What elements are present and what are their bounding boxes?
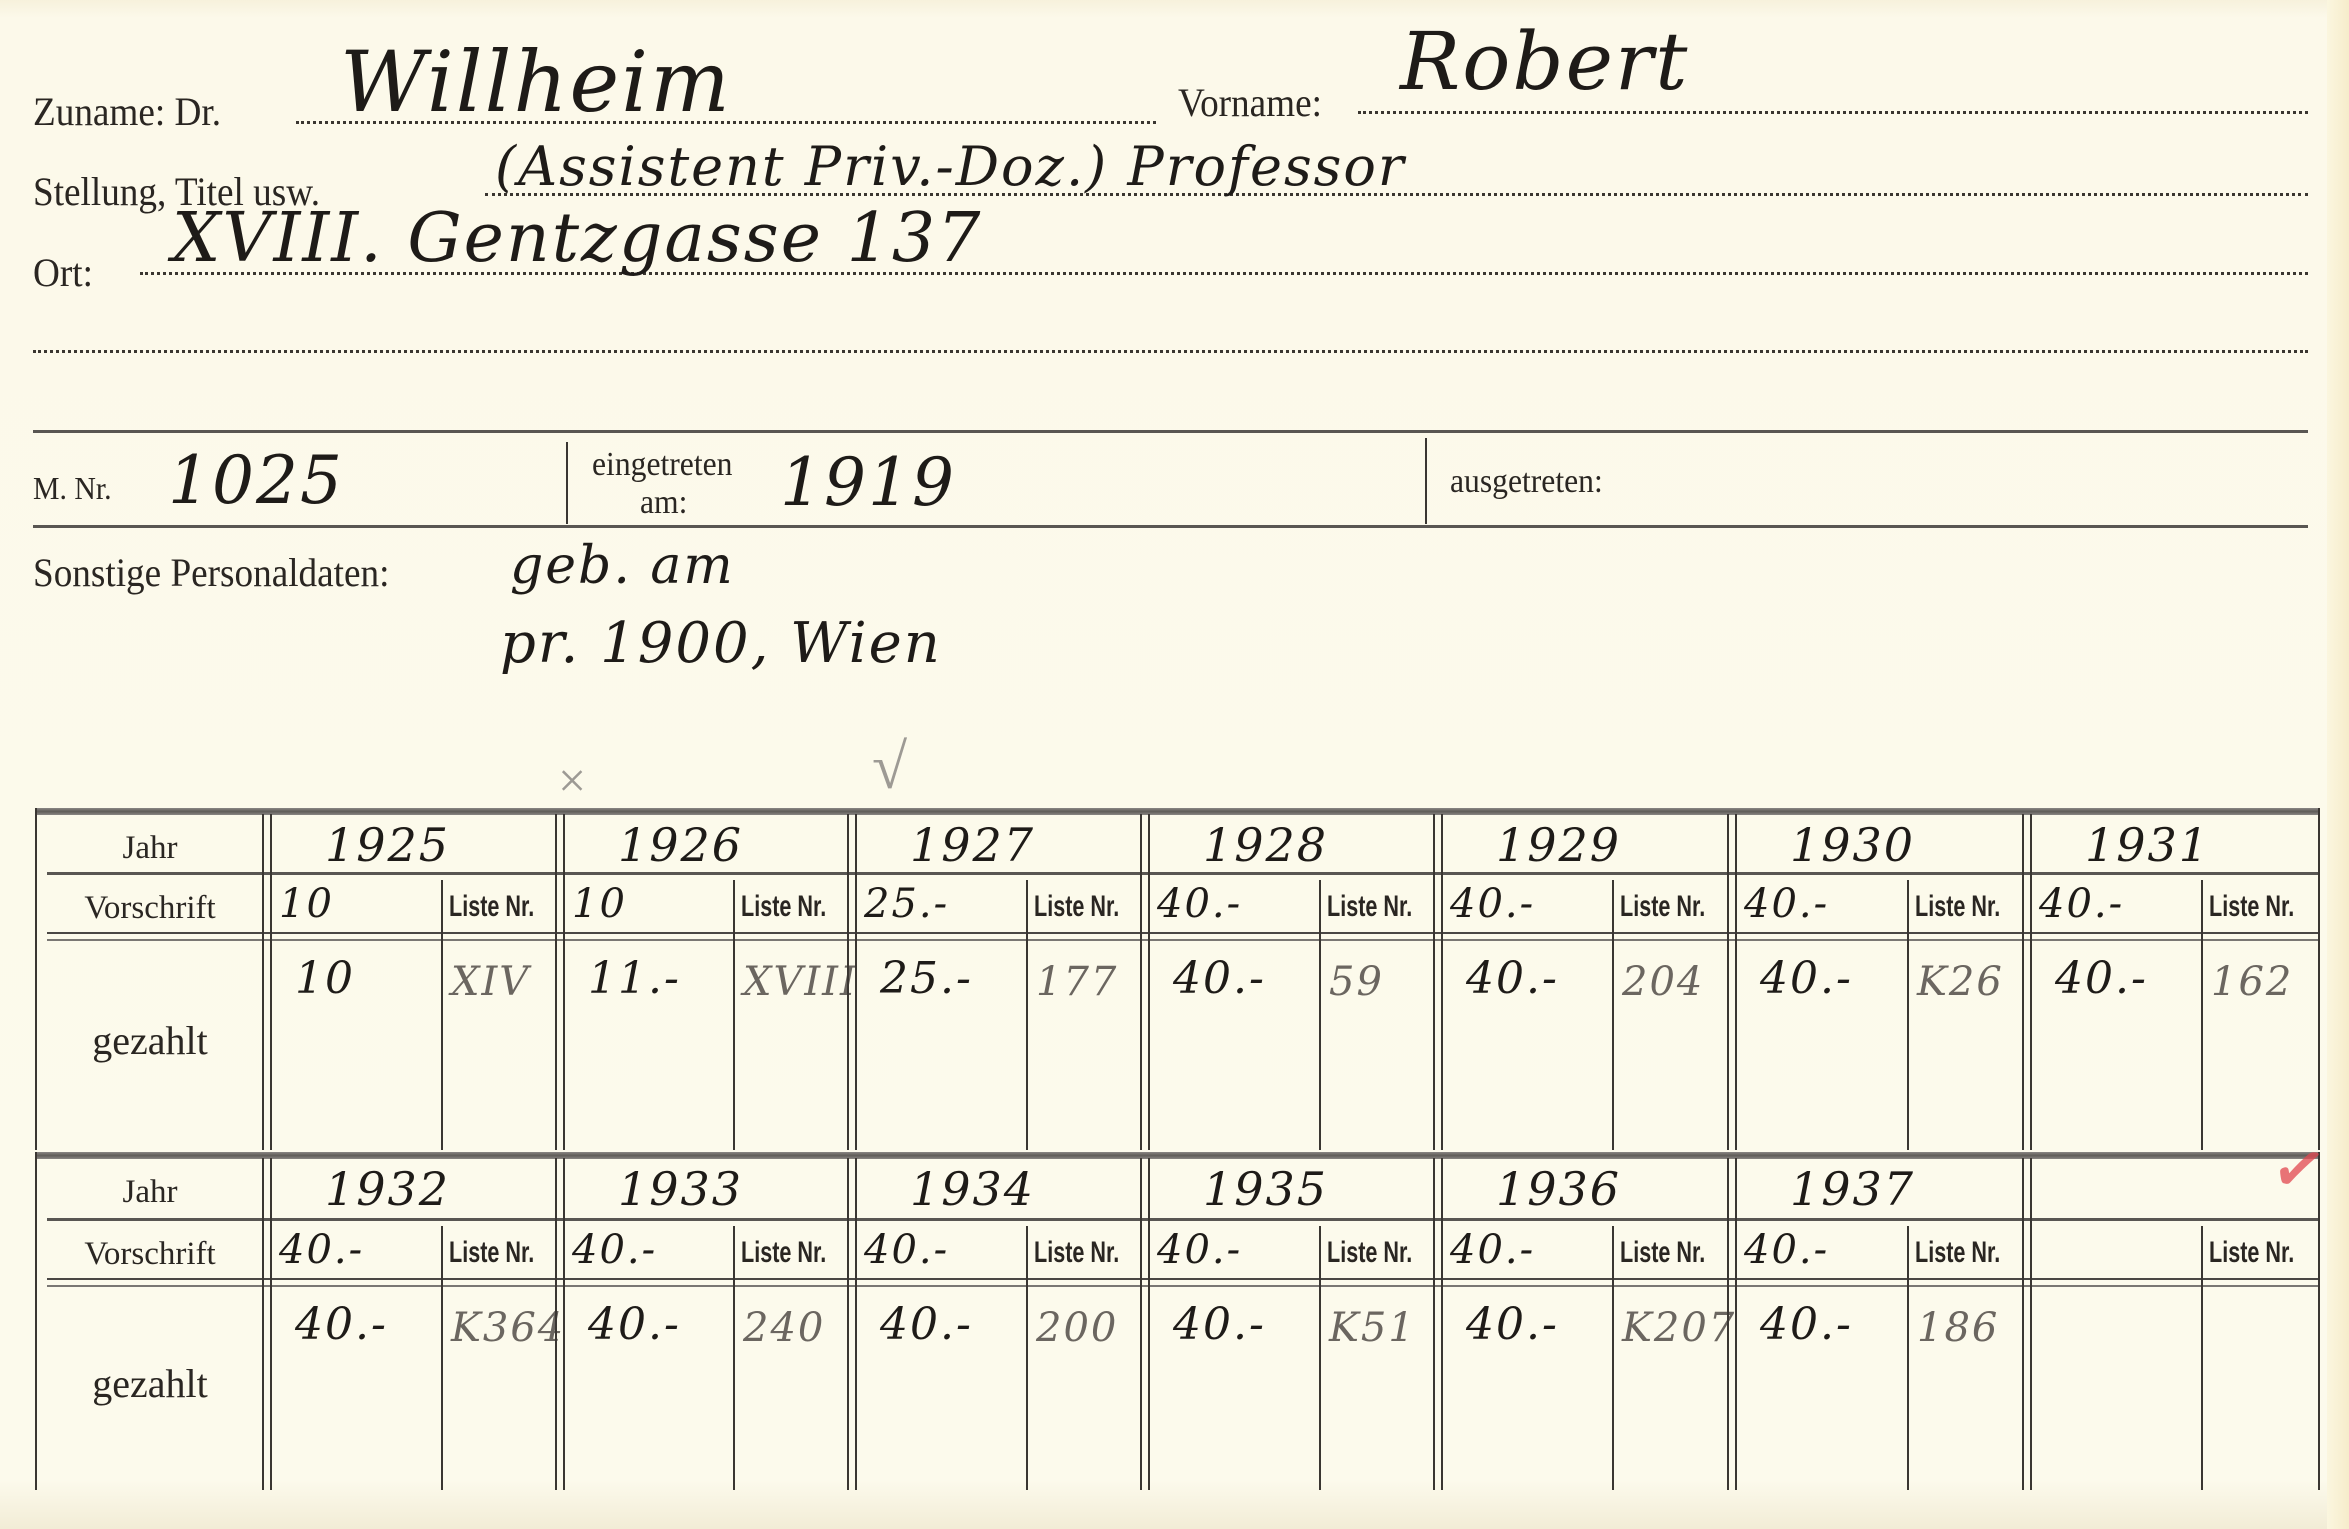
year-value: 1925 (325, 822, 450, 868)
required-value: 25.- (864, 884, 949, 924)
place-label: Ort: (33, 253, 93, 293)
joined-value: 1919 (780, 450, 956, 516)
row-label-required: Vorschrift (35, 892, 265, 925)
list-divider (733, 880, 735, 1150)
year-value: 1937 (1790, 1166, 1915, 1212)
paid-value: 10 (295, 957, 355, 1001)
list-no-label: Liste Nr. (1915, 1238, 2000, 1268)
column-divider (2022, 1158, 2032, 1490)
list-no-label: Liste Nr. (1620, 892, 1705, 922)
list-no-value: 240 (743, 1308, 825, 1348)
year-value: 1935 (1203, 1166, 1328, 1212)
list-divider (1612, 1226, 1614, 1490)
year-value: 1927 (910, 822, 1035, 868)
list-divider (1612, 880, 1614, 1150)
pencil-check-mark: √ (872, 735, 907, 799)
other-data-label: Sonstige Personaldaten: (33, 553, 389, 593)
year-value: 1926 (618, 822, 743, 868)
table-rule (47, 1218, 2318, 1221)
list-divider (1907, 880, 1909, 1150)
required-value: 10 (279, 884, 334, 924)
list-no-label: Liste Nr. (741, 892, 826, 922)
required-value: 40.- (1744, 1230, 1829, 1270)
list-no-value: K207 (1622, 1308, 1736, 1348)
paid-value: 11.- (588, 957, 681, 1001)
column-divider (1727, 1158, 1737, 1490)
list-divider (733, 1226, 735, 1490)
list-no-label: Liste Nr. (449, 1238, 534, 1268)
table-rule (47, 872, 2318, 875)
required-value: 40.- (864, 1230, 949, 1270)
year-value: 1932 (325, 1166, 450, 1212)
list-no-value: XVIII (743, 962, 858, 1002)
box-divider (566, 442, 568, 524)
table-double-rule (47, 1278, 2318, 1287)
paid-value: 40.- (1173, 1303, 1266, 1347)
row-label-paid: gezahlt (35, 1021, 265, 1061)
list-no-label: Liste Nr. (1034, 892, 1119, 922)
table-double-rule (47, 932, 2318, 941)
list-no-label: Liste Nr. (2209, 1238, 2294, 1268)
left-label: ausgetreten: (1450, 465, 1603, 499)
list-no-value: 177 (1036, 962, 1118, 1002)
row-label-year: Jahr (35, 1176, 265, 1209)
position-value: (Assistent Priv.-Doz.) Professor (495, 140, 1406, 194)
list-divider (1907, 1226, 1909, 1490)
row-label-paid: gezahlt (35, 1364, 265, 1404)
column-divider (1433, 814, 1443, 1150)
list-divider (1026, 1226, 1028, 1490)
column-divider (1140, 814, 1150, 1150)
row-label-year: Jahr (35, 832, 265, 865)
first-name-value: Robert (1400, 22, 1689, 102)
required-value: 40.- (1744, 884, 1829, 924)
required-value: 40.- (1450, 884, 1535, 924)
list-divider (1026, 880, 1028, 1150)
list-no-label: Liste Nr. (1620, 1238, 1705, 1268)
pencil-x-mark: × (558, 755, 586, 805)
column-divider (262, 1158, 272, 1490)
paid-value: 40.- (1760, 957, 1853, 1001)
paid-value: 40.- (1760, 1303, 1853, 1347)
list-divider (1319, 1226, 1321, 1490)
list-divider (1319, 880, 1321, 1150)
list-no-label: Liste Nr. (449, 892, 534, 922)
list-no-value: XIV (451, 962, 530, 1002)
column-divider (555, 814, 565, 1150)
other-data-line1: geb. am (510, 540, 735, 592)
paid-value: 40.- (295, 1303, 388, 1347)
paid-value: 40.- (1466, 957, 1559, 1001)
paid-value: 25.- (880, 957, 973, 1001)
list-divider (2201, 1226, 2203, 1490)
required-value: 40.- (1450, 1230, 1535, 1270)
box-top-rule (33, 430, 2308, 433)
paid-value: 40.- (1173, 957, 1266, 1001)
red-check-icon: ✓ (2267, 1134, 2331, 1206)
list-no-value: 200 (1036, 1308, 1118, 1348)
required-value: 40.- (279, 1230, 364, 1270)
list-no-value: 162 (2211, 962, 2293, 1002)
other-data-line2: pr. 1900, Wien (500, 616, 942, 672)
paid-value: 40.- (880, 1303, 973, 1347)
column-divider (1140, 1158, 1150, 1490)
list-no-value: 204 (1622, 962, 1704, 1002)
joined-label-2: am: (640, 486, 687, 520)
paid-value: 40.- (588, 1303, 681, 1347)
list-divider (441, 880, 443, 1150)
column-divider (847, 814, 857, 1150)
year-value: 1934 (910, 1166, 1035, 1212)
list-no-value: K364 (451, 1308, 565, 1348)
member-no-value: 1025 (168, 448, 344, 514)
year-value: 1936 (1496, 1166, 1621, 1212)
first-name-line (1358, 111, 2308, 114)
row-label-required: Vorschrift (35, 1238, 265, 1271)
first-name-label: Vorname: (1178, 83, 1322, 123)
column-divider (262, 814, 272, 1150)
member-no-label: M. Nr. (33, 472, 112, 504)
place-value: XVIII. Gentzgasse 137 (172, 205, 982, 273)
list-divider (441, 1226, 443, 1490)
year-value: 1931 (2085, 822, 2210, 868)
required-value: 40.- (572, 1230, 657, 1270)
card-edge (2327, 0, 2349, 1529)
year-value: 1929 (1496, 822, 1621, 868)
column-divider (1433, 1158, 1443, 1490)
table-thick-rule (35, 1152, 2318, 1159)
column-divider (1727, 814, 1737, 1150)
joined-label: eingetreten (592, 448, 732, 482)
list-divider (2201, 880, 2203, 1150)
box-divider (1425, 438, 1427, 524)
box-bottom-rule (33, 525, 2308, 528)
paid-value: 40.- (2055, 957, 2148, 1001)
surname-label: Zuname: Dr. (33, 92, 221, 132)
column-divider (2022, 814, 2032, 1150)
year-value: 1933 (618, 1166, 743, 1212)
list-no-value: K51 (1329, 1308, 1416, 1348)
paid-value: 40.- (1466, 1303, 1559, 1347)
list-no-label: Liste Nr. (2209, 892, 2294, 922)
list-no-label: Liste Nr. (1034, 1238, 1119, 1268)
table-thick-rule (35, 808, 2318, 815)
blank-line (33, 350, 2308, 353)
year-value: 1928 (1203, 822, 1328, 868)
list-no-value: K26 (1917, 962, 2004, 1002)
list-no-label: Liste Nr. (741, 1238, 826, 1268)
list-no-value: 186 (1917, 1308, 1999, 1348)
table-border (2318, 808, 2320, 1150)
year-value: 1930 (1790, 822, 1915, 868)
required-value: 10 (572, 884, 627, 924)
list-no-label: Liste Nr. (1327, 1238, 1412, 1268)
column-divider (847, 1158, 857, 1490)
required-value: 40.- (2039, 884, 2124, 924)
required-value: 40.- (1157, 1230, 1242, 1270)
list-no-value: 59 (1329, 962, 1384, 1002)
list-no-label: Liste Nr. (1915, 892, 2000, 922)
required-value: 40.- (1157, 884, 1242, 924)
column-divider (555, 1158, 565, 1490)
surname-value: Willheim (340, 40, 732, 124)
list-no-label: Liste Nr. (1327, 892, 1412, 922)
